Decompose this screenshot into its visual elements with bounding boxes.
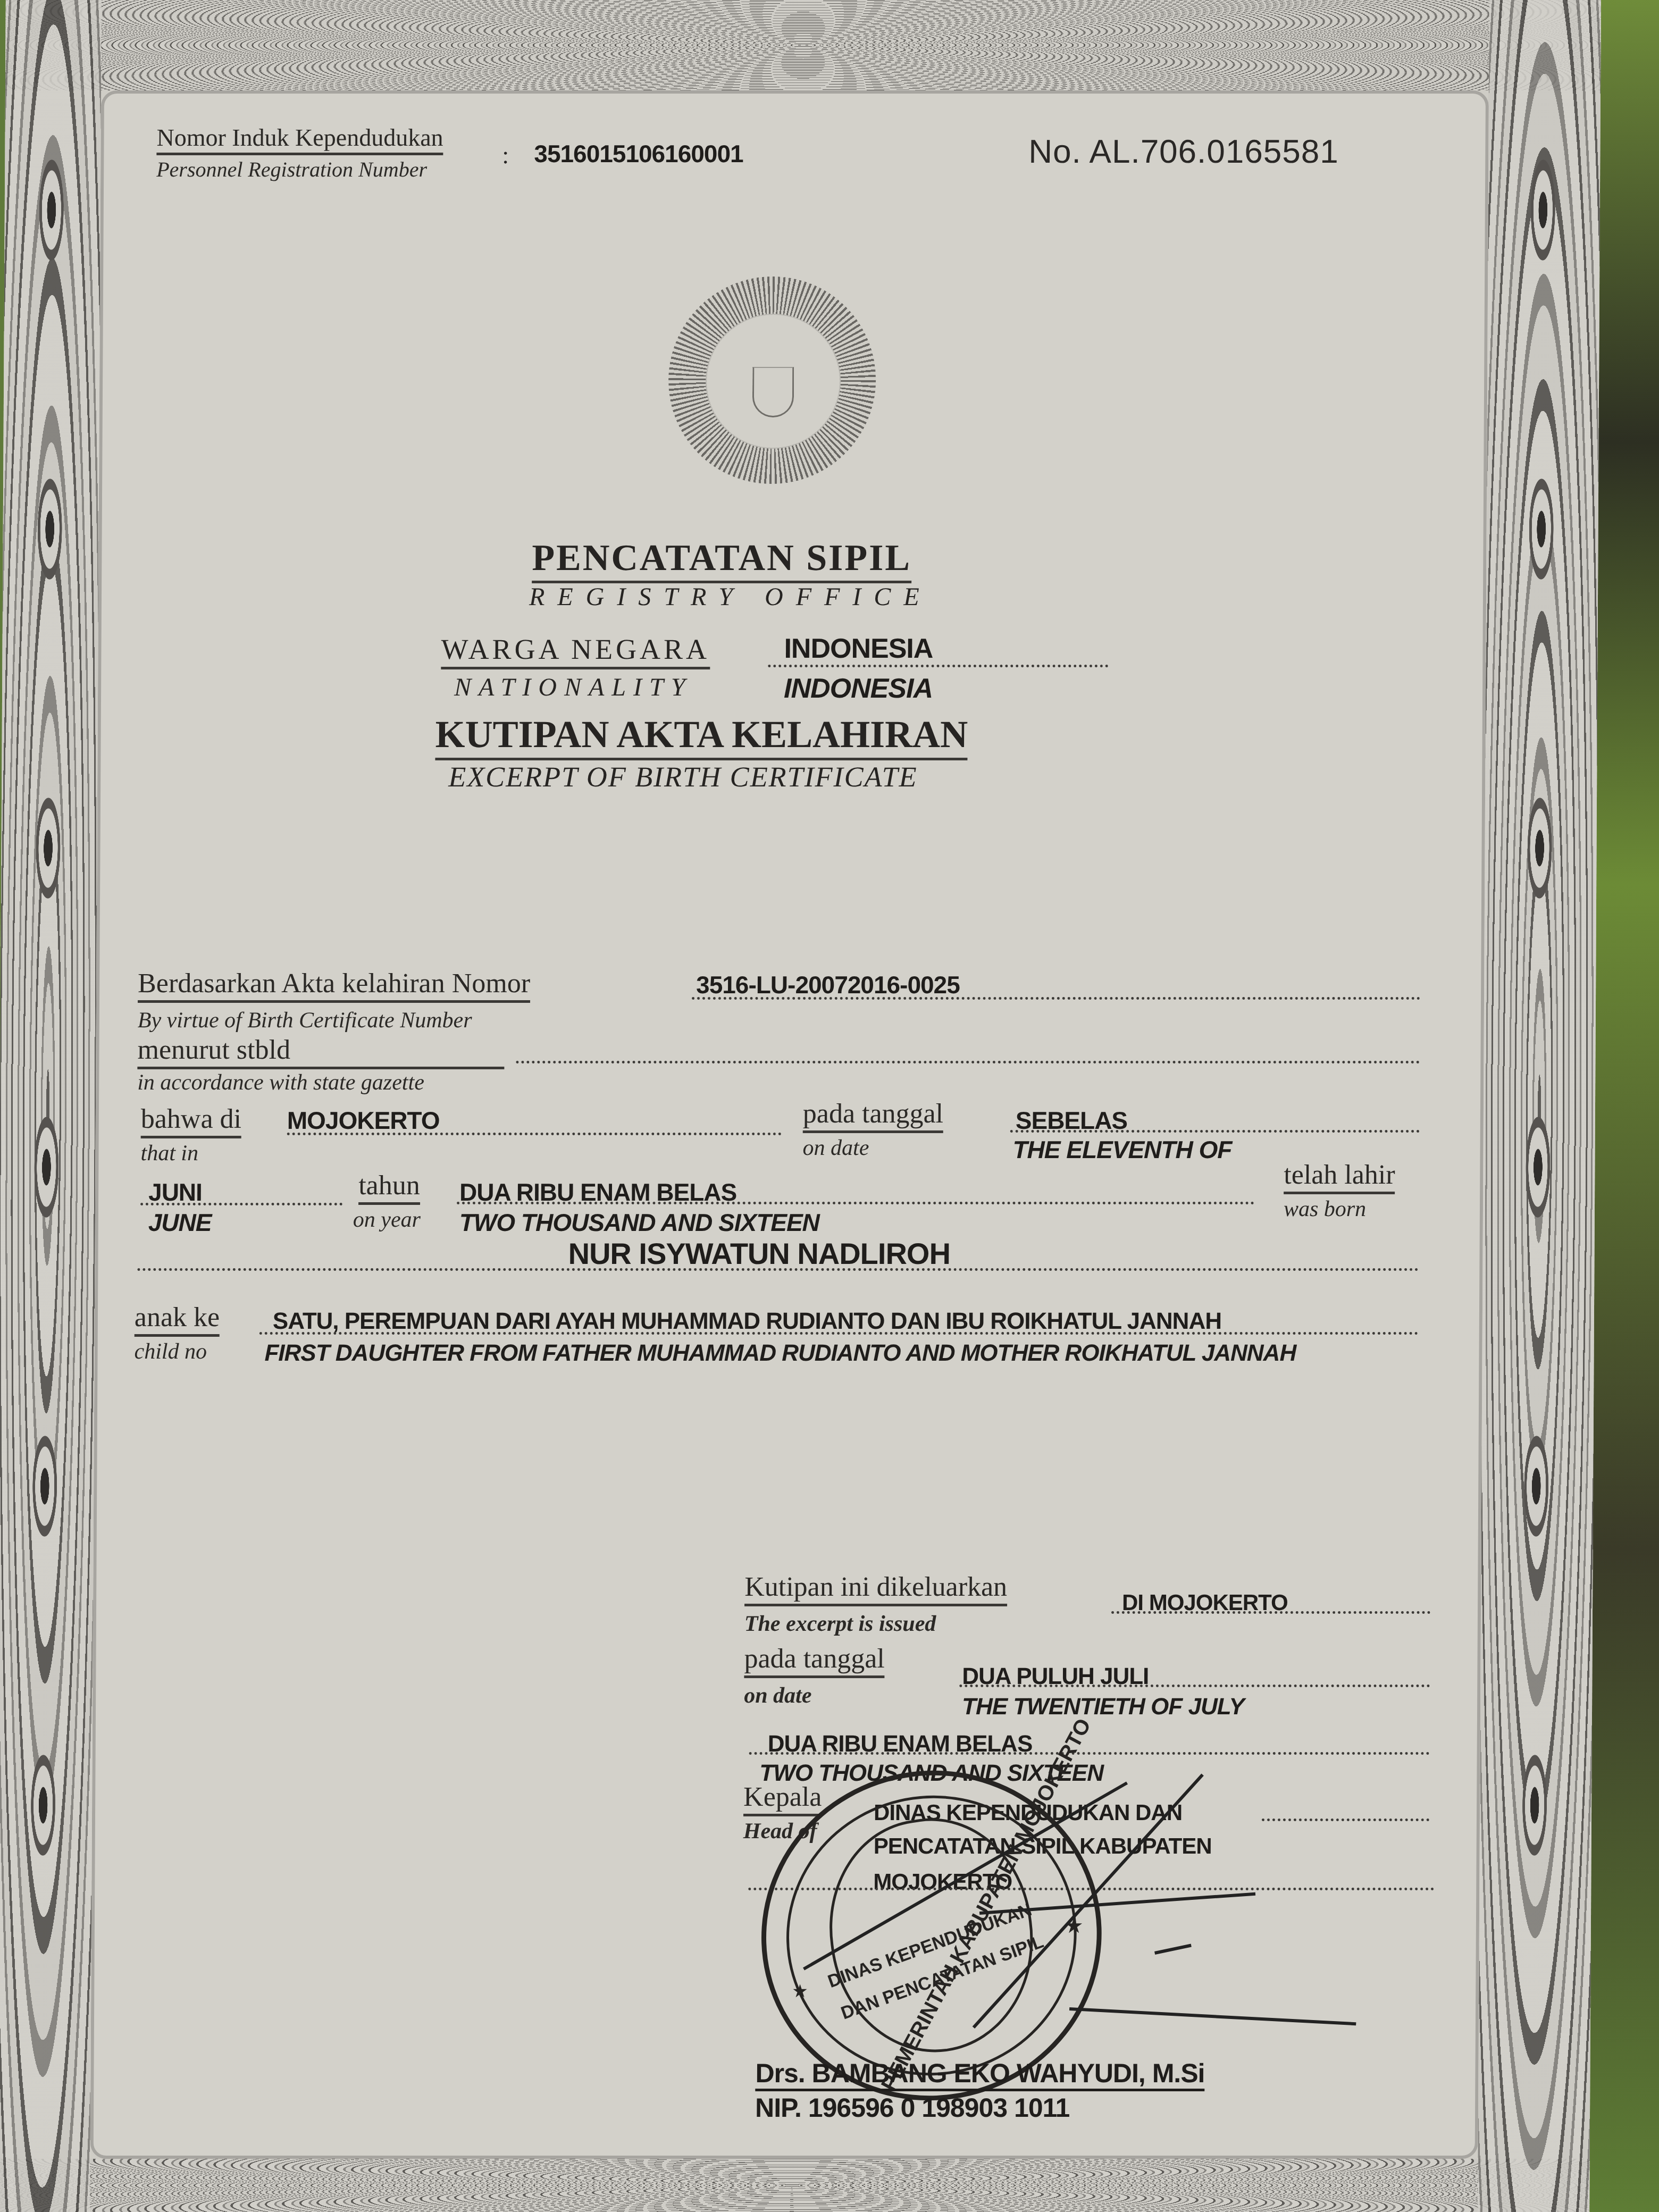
document-title-en: EXCERPT OF BIRTH CERTIFICATE bbox=[448, 760, 918, 793]
nik-colon: : bbox=[502, 141, 509, 169]
birth-day-value-en: THE ELEVENTH OF bbox=[1012, 1135, 1231, 1164]
ornamental-border-right bbox=[1478, 0, 1601, 2212]
issued-label: Kutipan ini dikeluarkan bbox=[744, 1571, 1007, 1606]
birth-month-value: JUNI bbox=[148, 1178, 202, 1206]
nationality-label-en: NATIONALITY bbox=[454, 673, 693, 702]
issued-date-label: pada tanggal bbox=[744, 1643, 885, 1678]
nationality-dotted-line bbox=[768, 665, 1108, 667]
certificate-number-label-en: By virtue of Birth Certificate Number bbox=[138, 1008, 472, 1033]
stbld-dotted-line bbox=[516, 1061, 1420, 1063]
birth-day-dotted-line bbox=[1010, 1130, 1420, 1133]
issued-year-dotted-line bbox=[749, 1752, 1430, 1755]
child-order-value: SATU, PEREMPUAN DARI AYAH MUHAMMAD RUDIA… bbox=[273, 1308, 1221, 1335]
child-name-dotted-line bbox=[137, 1268, 1419, 1271]
issued-date-dotted-line bbox=[959, 1685, 1430, 1687]
birth-date-label-en: on date bbox=[802, 1135, 869, 1161]
stbld-label: menurut stbld bbox=[137, 1034, 504, 1069]
birthplace-value: MOJOKERTO bbox=[287, 1106, 440, 1135]
child-name-value: NUR ISYWATUN NADLIROH bbox=[568, 1236, 950, 1271]
nationality-value: INDONESIA bbox=[784, 633, 933, 665]
certificate-number-dotted-line bbox=[692, 997, 1420, 1000]
issued-date-label-en: on date bbox=[744, 1683, 811, 1708]
certificate-number-label: Berdasarkan Akta kelahiran Nomor bbox=[138, 968, 530, 1003]
birthplace-label: bahwa di bbox=[141, 1103, 242, 1138]
nationality-label: WARGA NEGARA bbox=[441, 633, 710, 669]
birth-month-dotted-line bbox=[140, 1203, 342, 1205]
child-order-value-en: FIRST DAUGHTER FROM FATHER MUHAMMAD RUDI… bbox=[264, 1340, 1296, 1367]
birth-year-dotted-line bbox=[457, 1202, 1254, 1204]
ornamental-border-bottom bbox=[0, 2159, 1590, 2212]
birth-year-label: tahun bbox=[358, 1170, 420, 1205]
issued-date-value-en: THE TWENTIETH OF JULY bbox=[962, 1694, 1244, 1720]
official-nip: NIP. 196596 0 198903 1011 bbox=[755, 2092, 1070, 2123]
born-label-en: was born bbox=[1284, 1196, 1366, 1222]
birth-year-label-en: on year bbox=[353, 1207, 421, 1233]
ornamental-border-left bbox=[0, 0, 102, 2212]
birth-date-label: pada tanggal bbox=[803, 1098, 944, 1133]
stamp-star-icon: ★ bbox=[792, 1981, 808, 2002]
birth-year-value-en: TWO THOUSAND AND SIXTEEN bbox=[459, 1208, 819, 1237]
document-title: KUTIPAN AKTA KELAHIRAN bbox=[435, 713, 968, 760]
official-name: Drs. BAMBANG EKO WAHYUDI, M.Si bbox=[755, 2058, 1204, 2091]
certificate-number-value: 3516-LU-20072016-0025 bbox=[696, 970, 960, 999]
born-label: telah lahir bbox=[1284, 1159, 1395, 1194]
emblem-shield-icon bbox=[752, 367, 794, 417]
stbld-label-en: in accordance with state gazette bbox=[137, 1070, 424, 1095]
nik-label-en: Personnel Registration Number bbox=[156, 157, 427, 182]
head-dotted-line-1 bbox=[1262, 1819, 1429, 1821]
birthplace-label-en: that in bbox=[140, 1141, 198, 1166]
child-order-dotted-line bbox=[259, 1332, 1419, 1335]
head-label: Kepala bbox=[743, 1781, 822, 1816]
nationality-value-en: INDONESIA bbox=[784, 673, 933, 705]
birthplace-dotted-line bbox=[287, 1133, 782, 1135]
issued-place-dotted-line bbox=[1111, 1611, 1430, 1614]
certificate-serial-number: No. AL.706.0165581 bbox=[1028, 133, 1339, 171]
nik-value: 3516015106160001 bbox=[534, 139, 743, 168]
office-title: PENCATATAN SIPIL bbox=[532, 537, 911, 583]
office-title-en: REGISTRY OFFICE bbox=[529, 582, 932, 611]
nik-label: Nomor Induk Kependudukan bbox=[156, 123, 443, 155]
ornamental-border-top bbox=[5, 0, 1601, 90]
birth-certificate-sheet: Nomor Induk Kependudukan Personnel Regis… bbox=[0, 0, 1601, 2212]
birth-month-value-en: JUNE bbox=[148, 1208, 212, 1237]
child-order-label: anak ke bbox=[135, 1302, 220, 1337]
child-order-label-en: child no bbox=[134, 1339, 207, 1364]
issued-label-en: The excerpt is issued bbox=[744, 1611, 936, 1637]
